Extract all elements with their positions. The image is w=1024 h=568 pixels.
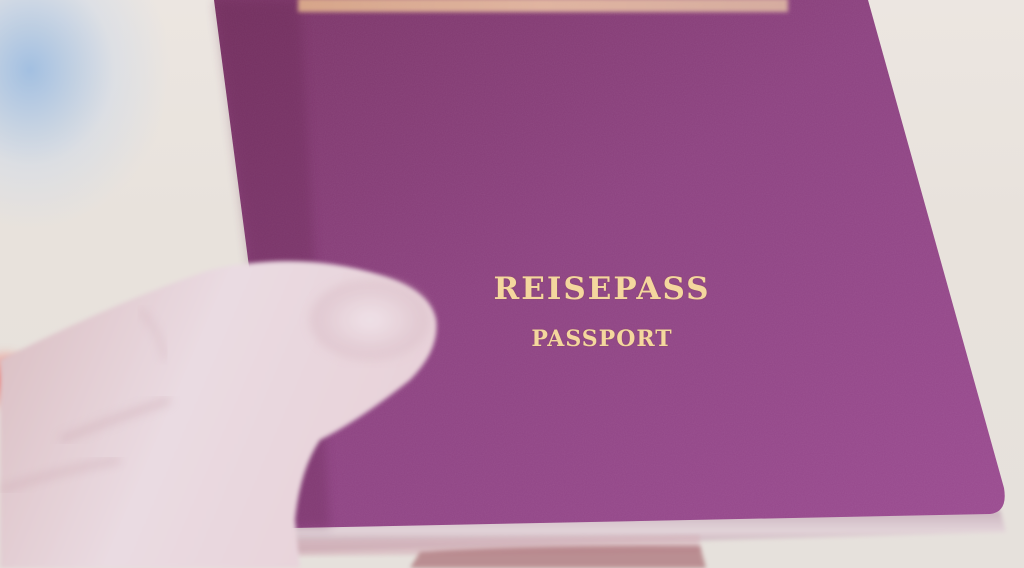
photo-scene: REISEPASS PASSPORT (0, 0, 1024, 568)
cover-text-passport: PASSPORT (0, 326, 1024, 352)
cover-text-reisepass: REISEPASS (0, 271, 1024, 307)
blurred-cover-title (298, 0, 788, 12)
